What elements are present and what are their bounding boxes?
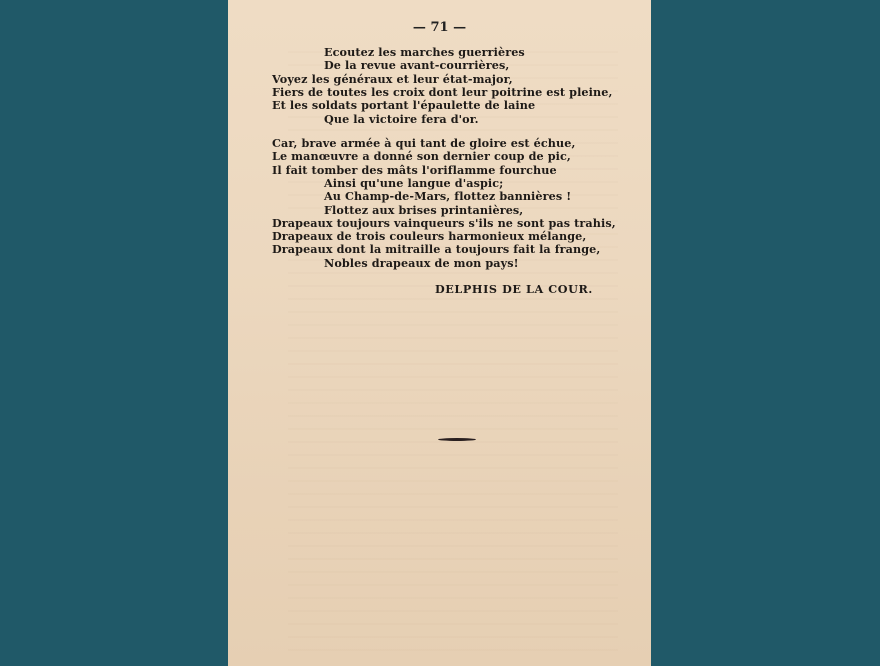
- book-page: — 71 — Ecoutez les marches guerrièresDe …: [228, 0, 651, 666]
- author-signature: DELPHIS DE LA COUR.: [435, 282, 593, 296]
- poem-line: Drapeaux dont la mitraille a toujours fa…: [272, 242, 600, 256]
- poem-line: Drapeaux toujours vainqueurs s'ils ne so…: [272, 216, 616, 230]
- poem-line: Que la victoire fera d'or.: [324, 112, 479, 126]
- page-number: — 71 —: [228, 20, 651, 35]
- poem-line: Ecoutez les marches guerrières: [324, 45, 525, 59]
- poem-line: Drapeaux de trois couleurs harmonieux mé…: [272, 229, 586, 243]
- poem-line: Fiers de toutes les croix dont leur poit…: [272, 85, 612, 99]
- poem-line: Flottez aux brises printanières,: [324, 203, 523, 217]
- poem-line: Le manœuvre a donné son dernier coup de …: [272, 149, 571, 163]
- poem-line: Ainsi qu'une langue d'aspic;: [324, 176, 503, 190]
- poem-line: De la revue avant-courrières,: [324, 58, 509, 72]
- poem-line: Il fait tomber des mâts l'oriflamme four…: [272, 163, 557, 177]
- ornament-rule-icon: [438, 438, 476, 441]
- poem-line: Au Champ-de-Mars, flottez bannières !: [324, 189, 571, 203]
- show-through-texture: [288, 40, 618, 660]
- poem-line: Et les soldats portant l'épaulette de la…: [272, 98, 535, 112]
- poem-line: Car, brave armée à qui tant de gloire es…: [272, 136, 576, 150]
- poem-line: Nobles drapeaux de mon pays!: [324, 256, 519, 270]
- poem-line: Voyez les généraux et leur état-major,: [272, 72, 513, 86]
